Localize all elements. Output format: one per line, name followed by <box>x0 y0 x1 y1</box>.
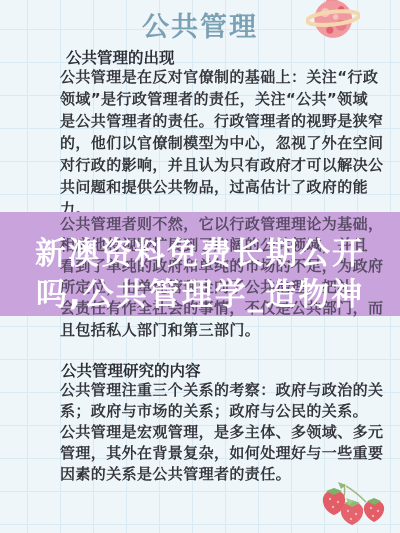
paragraph-public-manager-end: 且包括私人部门和第三部门。 <box>60 319 360 341</box>
text-line: 公共管理注重三个关系的考察：政府与政治的关 <box>60 380 360 401</box>
text-line: 对行政的影响，并且认为只有政府才可以解决公 <box>60 154 360 176</box>
article-page: 公共管理 公共管理的出现 公共管理是在反对官僚制的基础上：关注“行政 领域”是行… <box>0 0 400 533</box>
text-line: 系；政府与市场的关系；政府与公民的关系。 <box>60 401 360 422</box>
text-line: 因素的关系是公共管理者的责任。 <box>60 464 360 485</box>
watermark-text-line-1: 新澳资料免费长期公开 <box>0 228 400 273</box>
text-line: 共问题和提供公共物品，过高估计了政府的能 <box>60 176 360 198</box>
text-line: 管理，其外在背景复杂，如何处理好与一些重要 <box>60 443 360 464</box>
strawberries-icon <box>316 476 394 530</box>
text-line: 是公共管理者的责任。行政管理者的视野是狭窄 <box>60 110 360 132</box>
text-line: 公共管理是宏观管理，是多主体、多领域、多元 <box>60 422 360 443</box>
watermark-text-line-2: 吗,公共管理学_造物神 <box>0 269 400 314</box>
text-line: 且包括私人部门和第三部门。 <box>60 319 360 341</box>
text-line: 公共管理是在反对官僚制的基础上：关注“行政 <box>60 66 360 88</box>
paragraph-appearance: 公共管理是在反对官僚制的基础上：关注“行政 领域”是行政管理者的责任，关注“公共… <box>60 66 360 220</box>
paragraph-research-content: 公共管理注重三个关系的考察：政府与政治的关 系；政府与市场的关系；政府与公民的关… <box>60 380 360 485</box>
section-heading-research-content: 公共管理研究的内容 <box>61 359 201 381</box>
text-line: 的，他们以官僚制模型为中心，忽视了外在空间 <box>60 132 360 154</box>
section-heading-appearance: 公共管理的出现 <box>66 46 175 68</box>
text-line: 领域”是行政管理者的责任，关注“公共”领域 <box>60 88 360 110</box>
planet-icon <box>306 0 360 48</box>
